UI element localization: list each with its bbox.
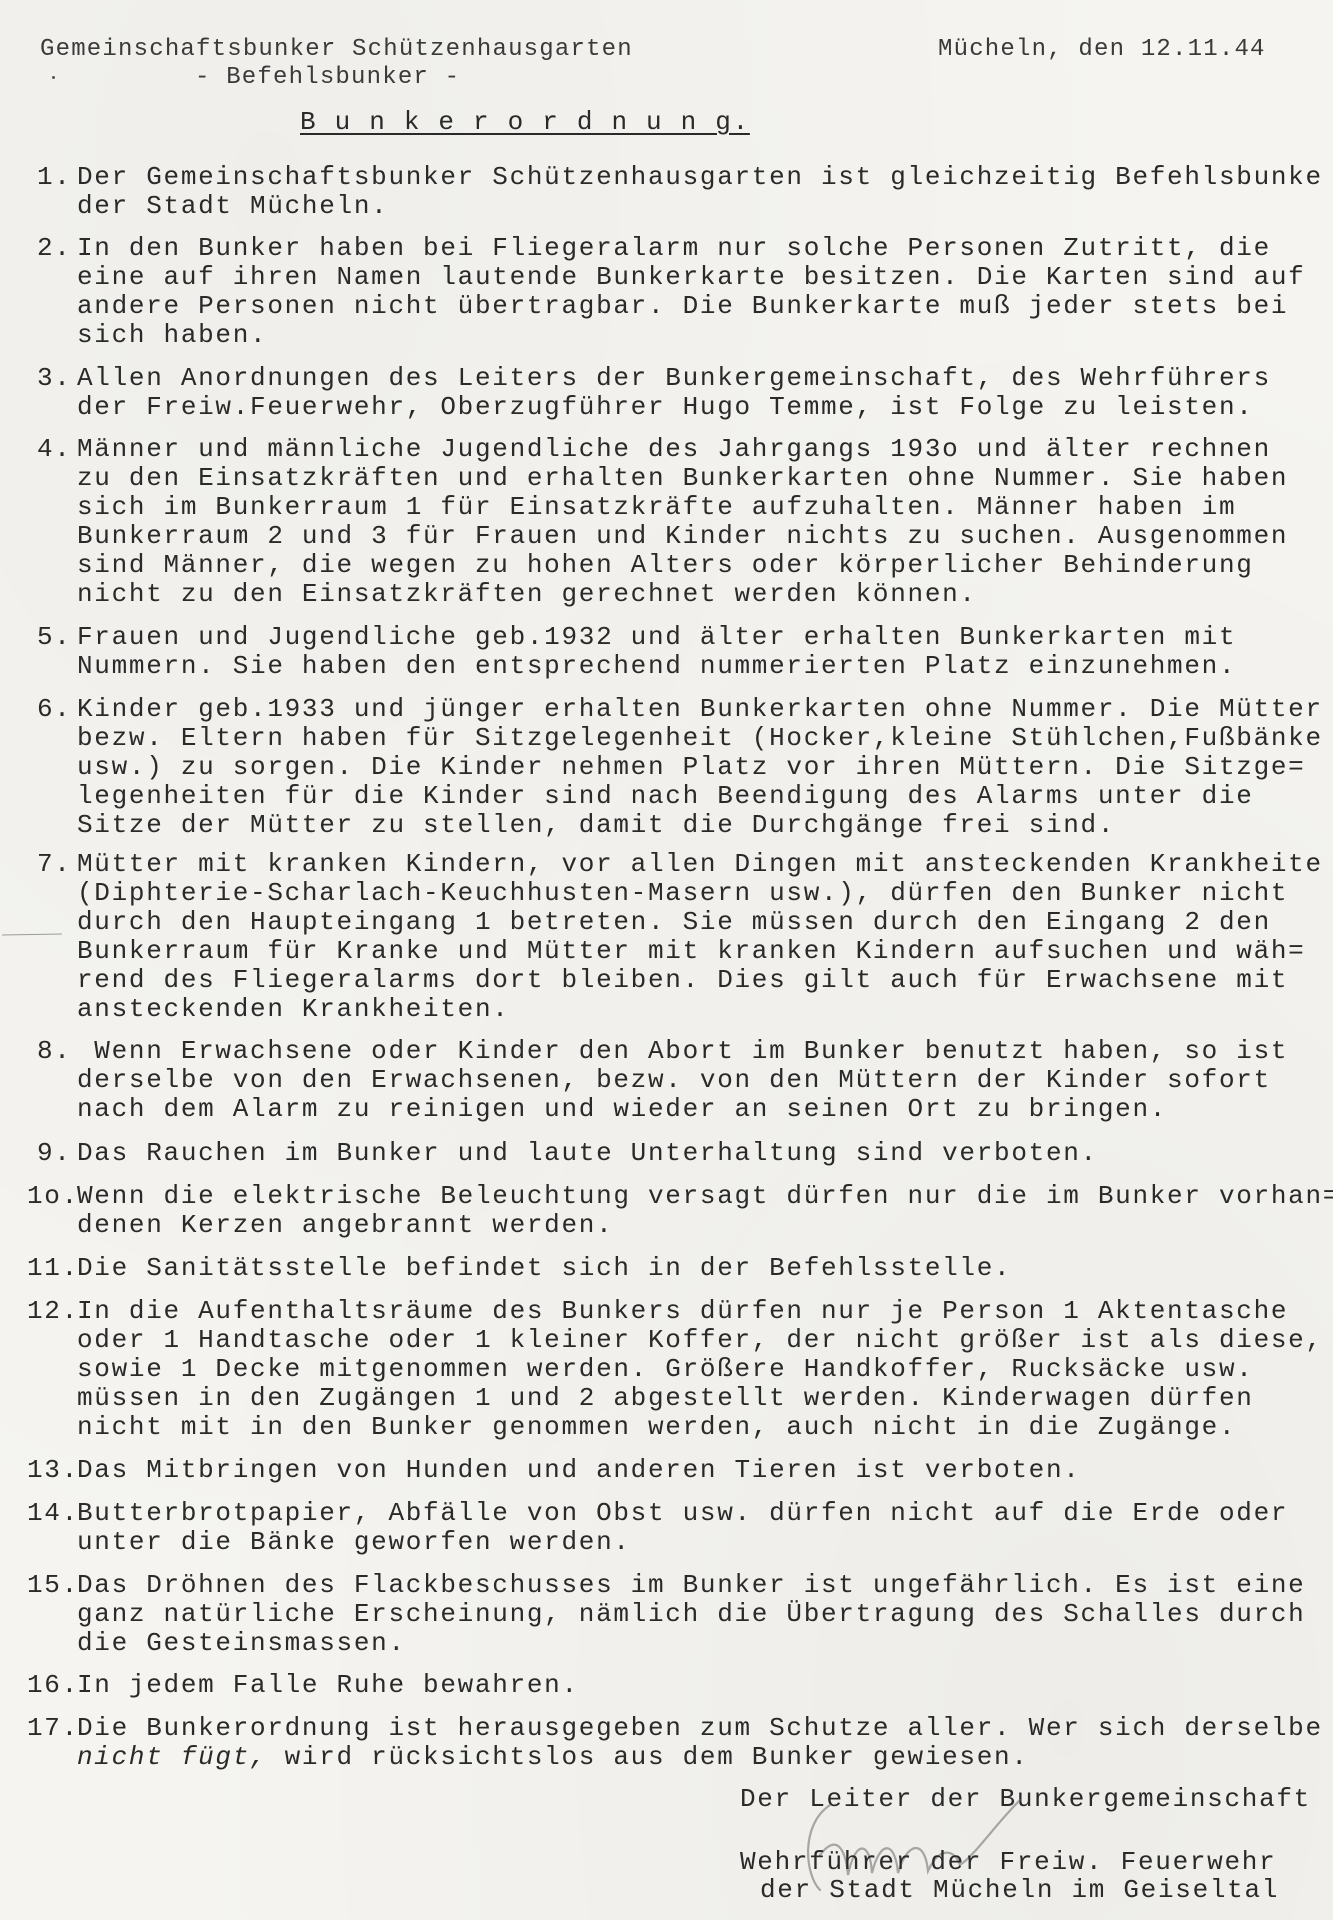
rule-text-line: Das Rauchen im Bunker und laute Unterhal…	[77, 1138, 1098, 1168]
speck	[52, 76, 55, 79]
rule-text-line: Die Bunkerordnung ist herausgegeben zum …	[77, 1713, 1323, 1743]
rule-text-line: nicht mit in den Bunker genommen werden,…	[77, 1412, 1236, 1442]
rule-text-line: Wenn die elektrische Beleuchtung versagt…	[77, 1181, 1333, 1211]
rule-number: 7.	[37, 849, 72, 879]
rule-text-line: Der Gemeinschaftsbunker Schützenhausgart…	[77, 162, 1323, 192]
rule-text-line: Die Sanitätsstelle befindet sich in der …	[77, 1253, 1011, 1283]
rule-text-line: Sitze der Mütter zu stellen, damit die D…	[77, 810, 1115, 840]
rule-text-line: Mütter mit kranken Kindern, vor allen Di…	[77, 849, 1323, 879]
rule-text-line: Nummern. Sie haben den entsprechend numm…	[77, 651, 1236, 681]
rule-number: 13.	[27, 1455, 79, 1485]
rule-text-line: Kinder geb.1933 und jünger erhalten Bunk…	[77, 694, 1323, 724]
rule-text-rest: wird rücksichtslos aus dem Bunker gewies…	[267, 1742, 1028, 1772]
rule-number: 2.	[37, 233, 72, 263]
rule-text-line: Butterbrotpapier, Abfälle von Obst usw. …	[77, 1498, 1288, 1528]
rule-text-line: durch den Haupteingang 1 betreten. Sie m…	[77, 907, 1271, 937]
rule-number: 3.	[37, 363, 72, 393]
rule-text-line: sowie 1 Decke mitgenommen werden. Größer…	[77, 1354, 1254, 1384]
rule-text-line: ansteckenden Krankheiten.	[77, 994, 510, 1024]
rule-text-line: Bunkerraum 2 und 3 für Frauen und Kinder…	[77, 521, 1288, 551]
rule-text-line: sind Männer, die wegen zu hohen Alters o…	[77, 550, 1254, 580]
rule-number: 1o.	[27, 1181, 79, 1211]
rule-text-line: Bunkerraum für Kranke und Mütter mit kra…	[77, 936, 1305, 966]
rule-text-line: (Diphterie-Scharlach-Keuchhusten-Masern …	[77, 878, 1288, 908]
rule-text-line: bezw. Eltern haben für Sitzgelegenheit (…	[77, 723, 1323, 753]
italic-emphasis: nicht fügt,	[77, 1742, 267, 1772]
rule-number: 11.	[27, 1253, 79, 1283]
rule-number: 1.	[37, 162, 72, 192]
rule-text-line: oder 1 Handtasche oder 1 kleiner Koffer,…	[77, 1325, 1323, 1355]
rule-text-line: Das Dröhnen des Flackbeschusses im Bunke…	[77, 1570, 1305, 1600]
rule-text-line: nicht zu den Einsatzkräften gerechnet we…	[77, 579, 977, 609]
signature-title-line1: Wehrführer der Freiw. Feuerwehr	[740, 1847, 1276, 1877]
rule-text-line: In die Aufenthaltsräume des Bunkers dürf…	[77, 1296, 1288, 1326]
rule-text-line: Wenn Erwachsene oder Kinder den Abort im…	[77, 1036, 1288, 1066]
rule-text-line: Allen Anordnungen des Leiters der Bunker…	[77, 363, 1271, 393]
header-subtitle: - Befehlsbunker -	[195, 63, 460, 93]
rule-number: 15.	[27, 1570, 79, 1600]
rule-text-line: sich haben.	[77, 320, 267, 350]
rule-text-line: zu den Einsatzkräften und erhalten Bunke…	[77, 463, 1288, 493]
document-title-text: B u n k e r o r d n u n g.	[300, 107, 750, 137]
rule-text-line: nicht fügt, wird rücksichtslos aus dem B…	[77, 1742, 1029, 1772]
rule-text-line: müssen in den Zugängen 1 und 2 abgestell…	[77, 1383, 1254, 1413]
rule-number: 14.	[27, 1498, 79, 1528]
rule-number: 4.	[37, 434, 72, 464]
rule-number: 16.	[27, 1670, 79, 1700]
rule-text-line: sich im Bunkerraum 1 für Einsatzkräfte a…	[77, 492, 1236, 522]
rule-text-line: Das Mitbringen von Hunden und anderen Ti…	[77, 1455, 1081, 1485]
rule-text-line: denen Kerzen angebrannt werden.	[77, 1210, 613, 1240]
rule-text-line: Frauen und Jugendliche geb.1932 und älte…	[77, 622, 1236, 652]
rule-text-line: eine auf ihren Namen lautende Bunkerkart…	[77, 262, 1305, 292]
rule-number: 8.	[37, 1036, 72, 1066]
rule-text-line: andere Personen nicht übertragbar. Die B…	[77, 291, 1288, 321]
rule-text-line: usw.) zu sorgen. Die Kinder nehmen Platz…	[77, 752, 1305, 782]
rule-number: 6.	[37, 694, 72, 724]
header-place-date: Mücheln, den 12.11.44	[938, 35, 1266, 65]
rule-text-line: derselbe von den Erwachsenen, bezw. von …	[77, 1065, 1271, 1095]
rule-text-line: Männer und männliche Jugendliche des Jah…	[77, 434, 1271, 464]
rule-text-line: nach dem Alarm zu reinigen und wieder an…	[77, 1094, 1167, 1124]
document-title: B u n k e r o r d n u n g.	[300, 107, 750, 137]
header-organization: Gemeinschaftsbunker Schützenhausgarten	[40, 35, 633, 65]
rule-number: 9.	[37, 1138, 72, 1168]
rule-text-line: In den Bunker haben bei Fliegeralarm nur…	[77, 233, 1271, 263]
rule-text-line: der Stadt Mücheln.	[77, 191, 388, 221]
rule-text-line: legenheiten für die Kinder sind nach Bee…	[77, 781, 1254, 811]
rule-text-line: die Gesteinsmassen.	[77, 1628, 406, 1658]
rule-text-line: unter die Bänke geworfen werden.	[77, 1527, 631, 1557]
rule-text-line: der Freiw.Feuerwehr, Oberzugführer Hugo …	[77, 392, 1254, 422]
rule-text-line: rend des Fliegeralarms dort bleiben. Die…	[77, 965, 1288, 995]
rule-number: 12.	[27, 1296, 79, 1326]
rule-text-line: In jedem Falle Ruhe bewahren.	[77, 1670, 579, 1700]
rule-text-line: ganz natürliche Erscheinung, nämlich die…	[77, 1599, 1305, 1629]
rule-number: 5.	[37, 622, 72, 652]
rule-number: 17.	[27, 1713, 79, 1743]
signature-title-line2: der Stadt Mücheln im Geiseltal	[760, 1875, 1279, 1905]
